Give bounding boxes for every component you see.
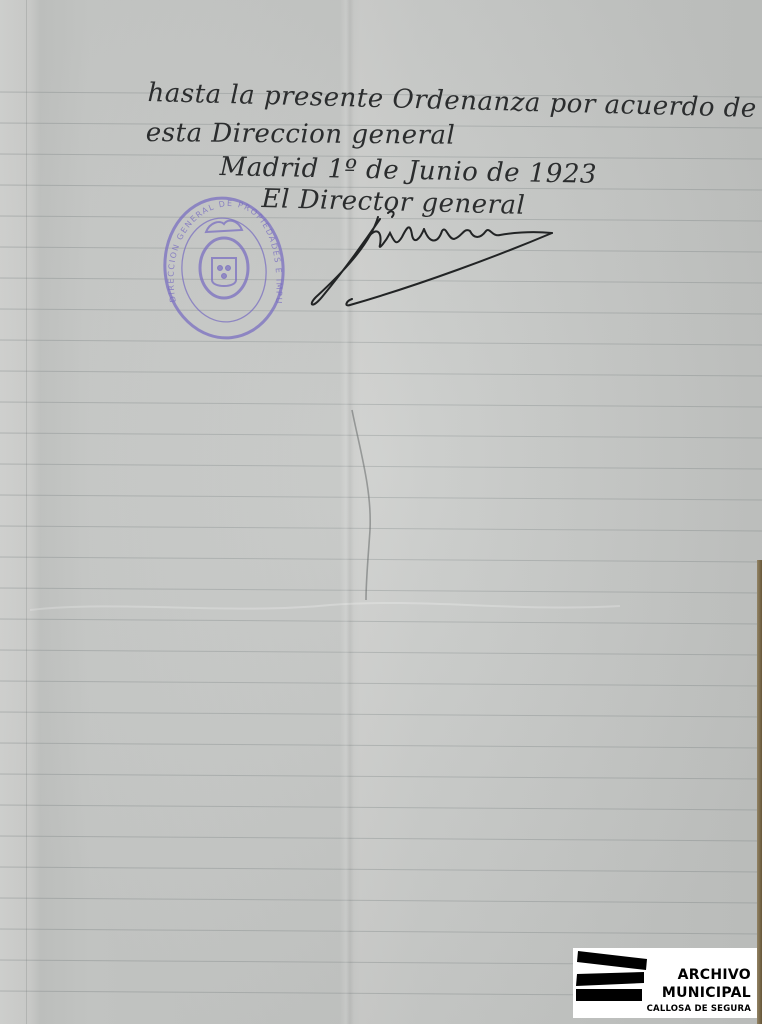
- ruled-lines: [0, 0, 762, 1024]
- logo-line-archivo: ARCHIVO: [678, 968, 751, 982]
- signature: [300, 205, 570, 315]
- handwritten-line-2: esta Direccion general: [146, 118, 456, 151]
- margin-line: [26, 0, 27, 1024]
- logo-line-callosa: CALLOSA DE SEGURA: [647, 1005, 751, 1014]
- archive-logo: ARCHIVO MUNICIPAL CALLOSA DE SEGURA: [573, 948, 757, 1018]
- logo-line-municipal: MUNICIPAL: [662, 986, 751, 1000]
- background-edge: [757, 560, 762, 1024]
- archive-logo-bars-icon: [573, 948, 653, 1018]
- paper-crease: [0, 0, 762, 1024]
- official-stamp: DIRECCION GENERAL DE PROPIEDADES E IMPUE…: [158, 192, 293, 347]
- document-page: [0, 0, 762, 1024]
